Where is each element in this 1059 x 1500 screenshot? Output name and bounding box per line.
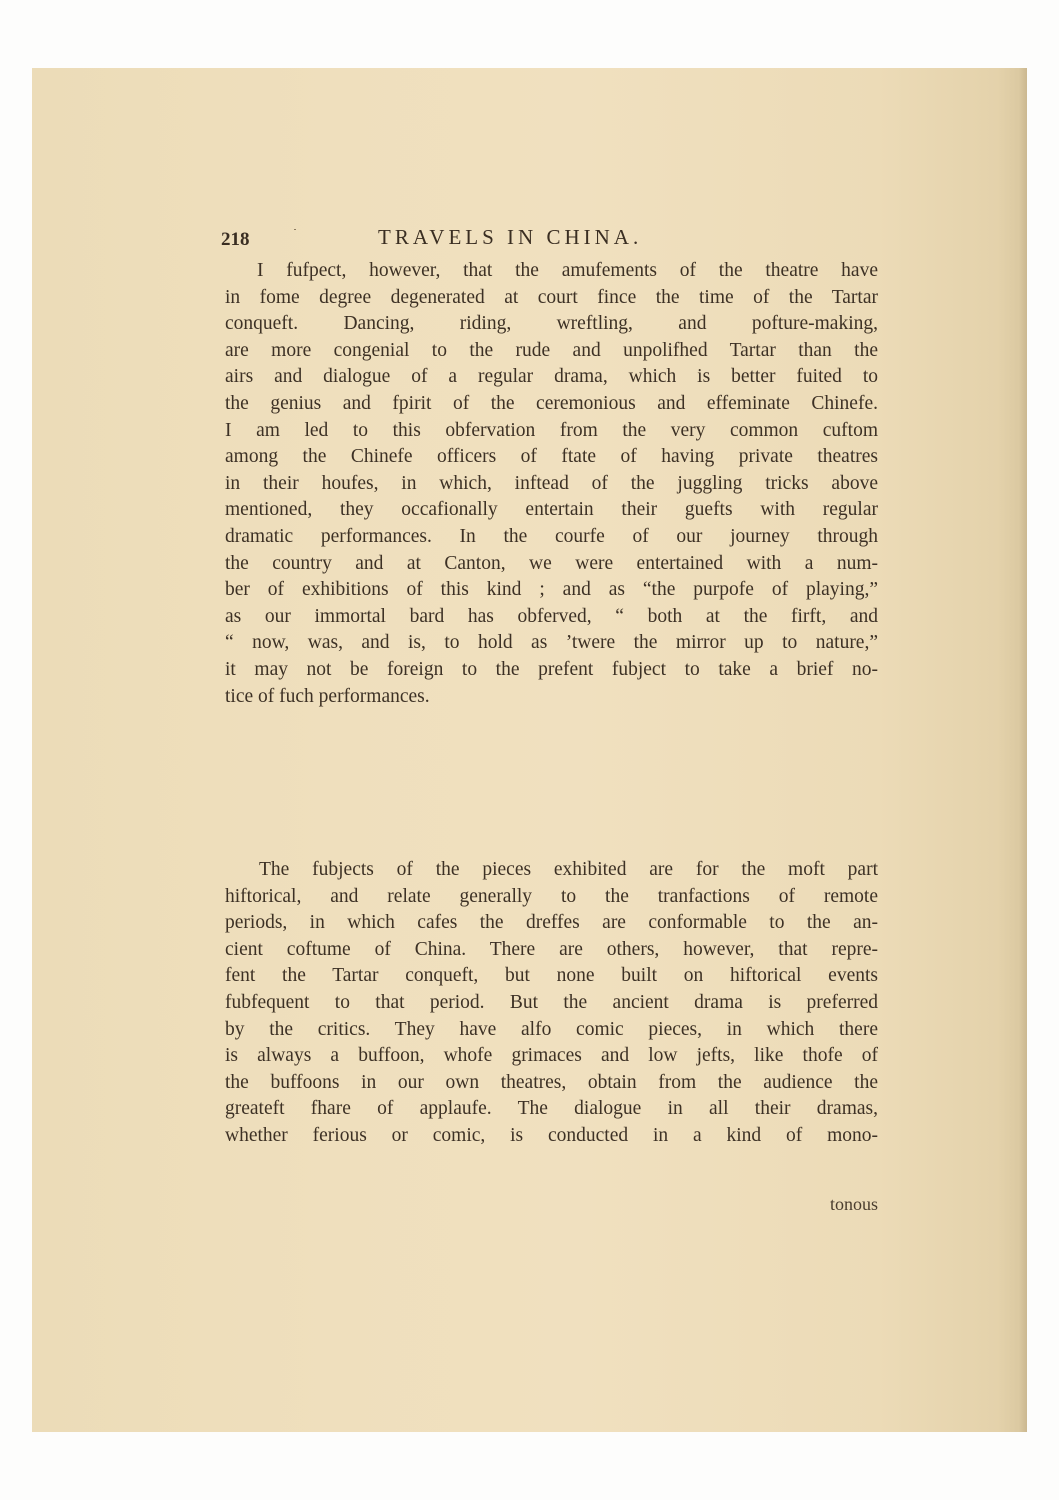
- text-line: hiftorical, and relate generally to the …: [225, 884, 878, 911]
- text-line: conqueft. Dancing, riding, wreftling, an…: [225, 311, 878, 338]
- text-line: it may not be foreign to the prefent fub…: [225, 657, 878, 684]
- text-line: mentioned, they occafionally entertain t…: [225, 497, 878, 524]
- text-line: in fome degree degenerated at court finc…: [225, 285, 878, 312]
- text-line: is always a buffoon, whofe grimaces and …: [225, 1043, 878, 1070]
- text-line: in their houfes, in which, inftead of th…: [225, 471, 878, 498]
- page-number: 218: [221, 229, 250, 251]
- text-line: fubfequent to that period. But the ancie…: [225, 990, 878, 1017]
- text-line: whether ferious or comic, is conducted i…: [225, 1123, 878, 1150]
- text-line: cient coftume of China. There are others…: [225, 937, 878, 964]
- text-line: among the Chinefe officers of ftate of h…: [225, 444, 878, 471]
- text-line: are more congenial to the rude and unpol…: [225, 338, 878, 365]
- text-line: airs and dialogue of a regular drama, wh…: [225, 364, 878, 391]
- text-line: “ now, was, and is, to hold as ’twere th…: [225, 630, 878, 657]
- text-line: tice of fuch performances.: [225, 684, 878, 711]
- text-line: fent the Tartar conqueft, but none built…: [225, 963, 878, 990]
- text-line: dramatic performances. In the courfe of …: [225, 524, 878, 551]
- paragraph-1: I fufpect, however, that the amufements …: [225, 258, 878, 710]
- text-line: I am led to this obfervation from the ve…: [225, 418, 878, 445]
- text-line: periods, in which cafes the dreffes are …: [225, 910, 878, 937]
- text-line: ber of exhibitions of this kind ; and as…: [225, 577, 878, 604]
- text-line: greateft fhare of applaufe. The dialogue…: [225, 1096, 878, 1123]
- running-head: 218 TRAVELS IN CHINA.: [221, 225, 901, 255]
- text-line: the buffoons in our own theatres, obtain…: [225, 1070, 878, 1097]
- catchword: tonous: [780, 1194, 878, 1215]
- text-line: The fubjects of the pieces exhibited are…: [225, 857, 878, 884]
- text-line: I fufpect, however, that the amufements …: [225, 258, 878, 285]
- paragraph-2: The fubjects of the pieces exhibited are…: [225, 857, 878, 1150]
- text-line: as our immortal bard has obferved, “ bot…: [225, 604, 878, 631]
- text-line: the country and at Canton, we were enter…: [225, 551, 878, 578]
- text-line: by the critics. They have alfo comic pie…: [225, 1017, 878, 1044]
- running-head-title: TRAVELS IN CHINA.: [378, 225, 642, 250]
- text-line: the genius and fpirit of the ceremonious…: [225, 391, 878, 418]
